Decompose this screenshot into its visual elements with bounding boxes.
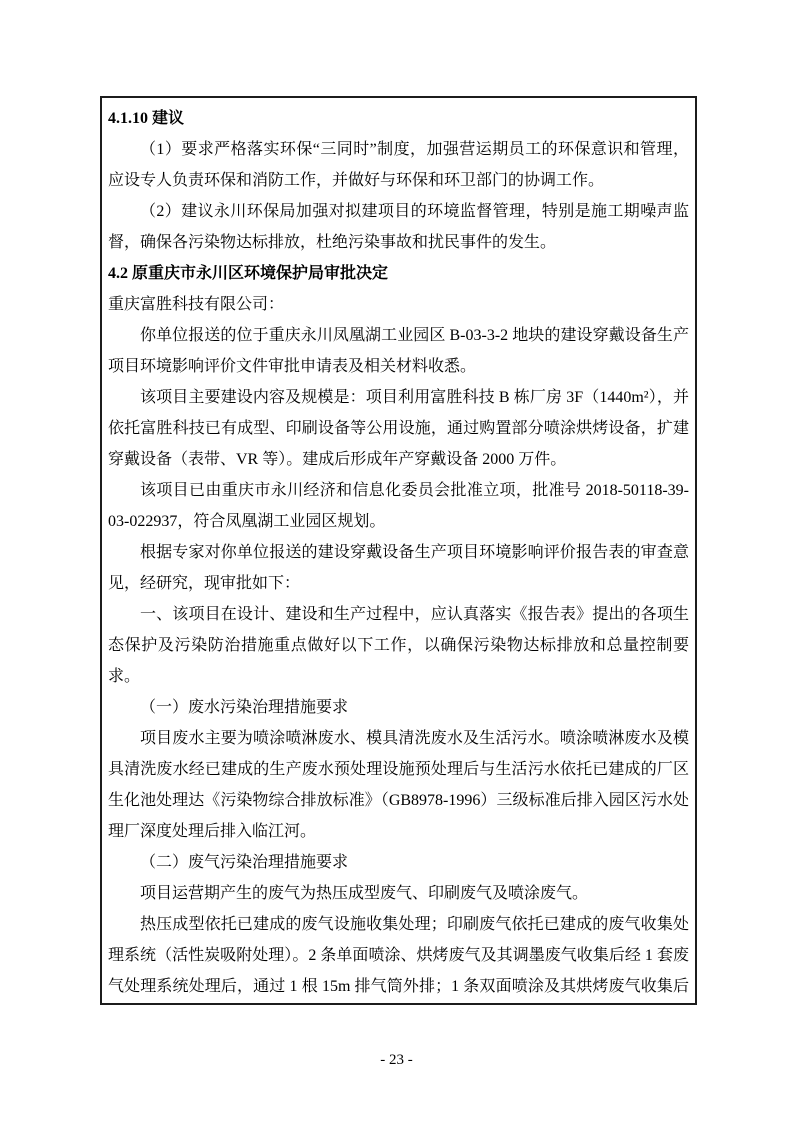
paragraph: 项目运营期产生的废气为热压成型废气、印刷废气及喷涂废气。 bbox=[108, 878, 689, 909]
paragraph: 该项目已由重庆市永川经济和信息化委员会批准立项，批准号 2018-50118-3… bbox=[108, 475, 689, 537]
paragraph: 该项目主要建设内容及规模是：项目利用富胜科技 B 栋厂房 3F（1440m²），… bbox=[108, 382, 689, 475]
paragraph: （二）废气污染治理措施要求 bbox=[108, 847, 689, 878]
section-heading: 4.1.10 建议 bbox=[108, 103, 689, 134]
document-page: 4.1.10 建议（1）要求严格落实环保“三同时”制度，加强营运期员工的环保意识… bbox=[0, 0, 793, 1122]
paragraph: 热压成型依托已建成的废气设施收集处理；印刷废气依托已建成的废气收集处理系统（活性… bbox=[108, 909, 689, 1005]
paragraph: （一）废水污染治理措施要求 bbox=[108, 692, 689, 723]
paragraph: 你单位报送的位于重庆永川凤凰湖工业园区 B-03-3-2 地块的建设穿戴设备生产… bbox=[108, 320, 689, 382]
section-heading: 4.2 原重庆市永川区环境保护局审批决定 bbox=[108, 258, 689, 289]
page-number: - 23 - bbox=[0, 1050, 793, 1070]
paragraph: 重庆富胜科技有限公司： bbox=[108, 289, 689, 320]
paragraph: 根据专家对你单位报送的建设穿戴设备生产项目环境影响评价报告表的审查意见，经研究，… bbox=[108, 537, 689, 599]
content-frame: 4.1.10 建议（1）要求严格落实环保“三同时”制度，加强营运期员工的环保意识… bbox=[100, 96, 697, 1005]
paragraph: 项目废水主要为喷涂喷淋废水、模具清洗废水及生活污水。喷涂喷淋废水及模具清洗废水经… bbox=[108, 723, 689, 847]
paragraph: （2）建议永川环保局加强对拟建项目的环境监督管理，特别是施工期噪声监督，确保各污… bbox=[108, 196, 689, 258]
paragraph: （1）要求严格落实环保“三同时”制度，加强营运期员工的环保意识和管理，应设专人负… bbox=[108, 134, 689, 196]
paragraph: 一、该项目在设计、建设和生产过程中，应认真落实《报告表》提出的各项生态保护及污染… bbox=[108, 599, 689, 692]
